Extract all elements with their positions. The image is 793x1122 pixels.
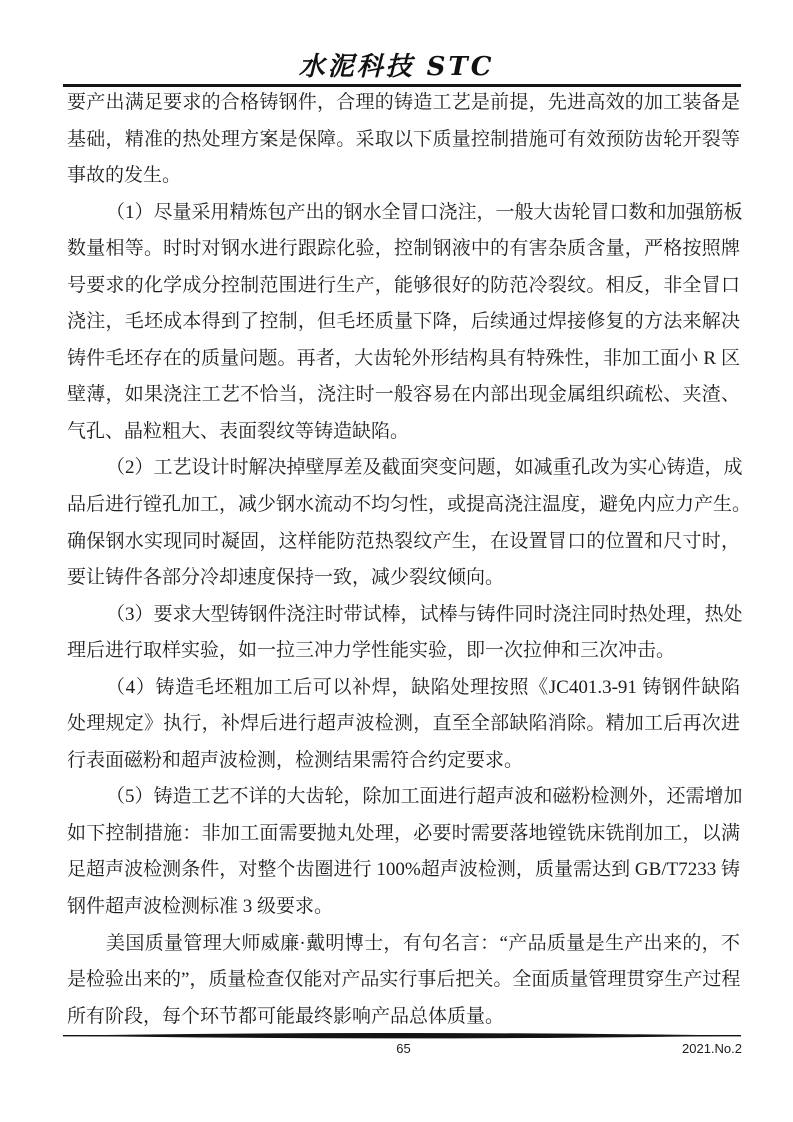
text-line: （1）尽量采用精炼包产出的钢水全冒口浇注，一般大齿轮冒口数和加强筋板 [67, 195, 740, 232]
text-line: 浇注，毛坯成本得到了控制，但毛坯质量下降，后续通过焊接修复的方法来解决 [67, 304, 740, 341]
text-line: 所有阶段，每个环节都可能最终影响产品总体质量。 [67, 999, 740, 1036]
footer: 65 2021.No.2 [67, 1041, 740, 1059]
text-line: （2）工艺设计时解决掉壁厚差及截面突变问题，如减重孔改为实心铸造，成 [67, 450, 740, 487]
text-line: 号要求的化学成分控制范围进行生产，能够很好的防范冷裂纹。相反，非全冒口 [67, 268, 740, 305]
text-line: （4）铸造毛坯粗加工后可以补焊，缺陷处理按照《JC401.3-91 铸钢件缺陷 [67, 670, 740, 707]
text-line: 行表面磁粉和超声波检测，检测结果需符合约定要求。 [67, 743, 740, 780]
document-page: 水泥科技 STC 要产出满足要求的合格铸钢件，合理的铸造工艺是前提，先进高效的加… [0, 0, 793, 1122]
text-line: 气孔、晶粒粗大、表面裂纹等铸造缺陷。 [67, 414, 740, 451]
text-line: 要让铸件各部分冷却速度保持一致，减少裂纹倾向。 [67, 560, 740, 597]
text-line: 确保钢水实现同时凝固，这样能防范热裂纹产生，在设置冒口的位置和尺寸时， [67, 524, 740, 561]
text-line: 理后进行取样实验，如一拉三冲力学性能实验，即一次拉伸和三次冲击。 [67, 633, 740, 670]
article-body: 要产出满足要求的合格铸钢件，合理的铸造工艺是前提，先进高效的加工装备是基础，精准… [67, 85, 740, 1035]
issue-number: 2021.No.2 [682, 1041, 742, 1056]
text-line: 足超声波检测条件，对整个齿圈进行 100%超声波检测，质量需达到 GB/T723… [67, 852, 740, 889]
journal-title: 水泥科技 STC [0, 46, 793, 83]
text-line: 如下控制措施：非加工面需要抛丸处理，必要时需要落地镗铣床铣削加工，以满 [67, 816, 740, 853]
text-line: 处理规定》执行，补焊后进行超声波检测，直至全部缺陷消除。精加工后再次进 [67, 706, 740, 743]
text-line: 要产出满足要求的合格铸钢件，合理的铸造工艺是前提，先进高效的加工装备是 [67, 85, 740, 122]
page-number: 65 [67, 1041, 740, 1056]
footer-tapered-rule [63, 1032, 741, 1040]
text-line: （3）要求大型铸钢件浇注时带试棒，试棒与铸件同时浇注同时热处理，热处 [67, 597, 740, 634]
text-line: 铸件毛坯存在的质量问题。再者，大齿轮外形结构具有特殊性，非加工面小 R 区 [67, 341, 740, 378]
text-line: 美国质量管理大师威廉·戴明博士，有句名言：“产品质量是生产出来的，不 [67, 926, 740, 963]
text-line: （5）铸造工艺不详的大齿轮，除加工面进行超声波和磁粉检测外，还需增加 [67, 779, 740, 816]
text-line: 是检验出来的”，质量检查仅能对产品实行事后把关。全面质量管理贯穿生产过程 [67, 962, 740, 999]
text-line: 钢件超声波检测标准 3 级要求。 [67, 889, 740, 926]
text-line: 壁薄，如果浇注工艺不恰当，浇注时一般容易在内部出现金属组织疏松、夹渣、 [67, 377, 740, 414]
text-line: 事故的发生。 [67, 158, 740, 195]
text-line: 品后进行镗孔加工，减少钢水流动不均匀性，或提高浇注温度，避免内应力产生。 [67, 487, 740, 524]
text-line: 数量相等。时时对钢水进行跟踪化验，控制钢液中的有害杂质含量，严格按照牌 [67, 231, 740, 268]
text-line: 基础，精准的热处理方案是保障。采取以下质量控制措施可有效预防齿轮开裂等 [67, 122, 740, 159]
